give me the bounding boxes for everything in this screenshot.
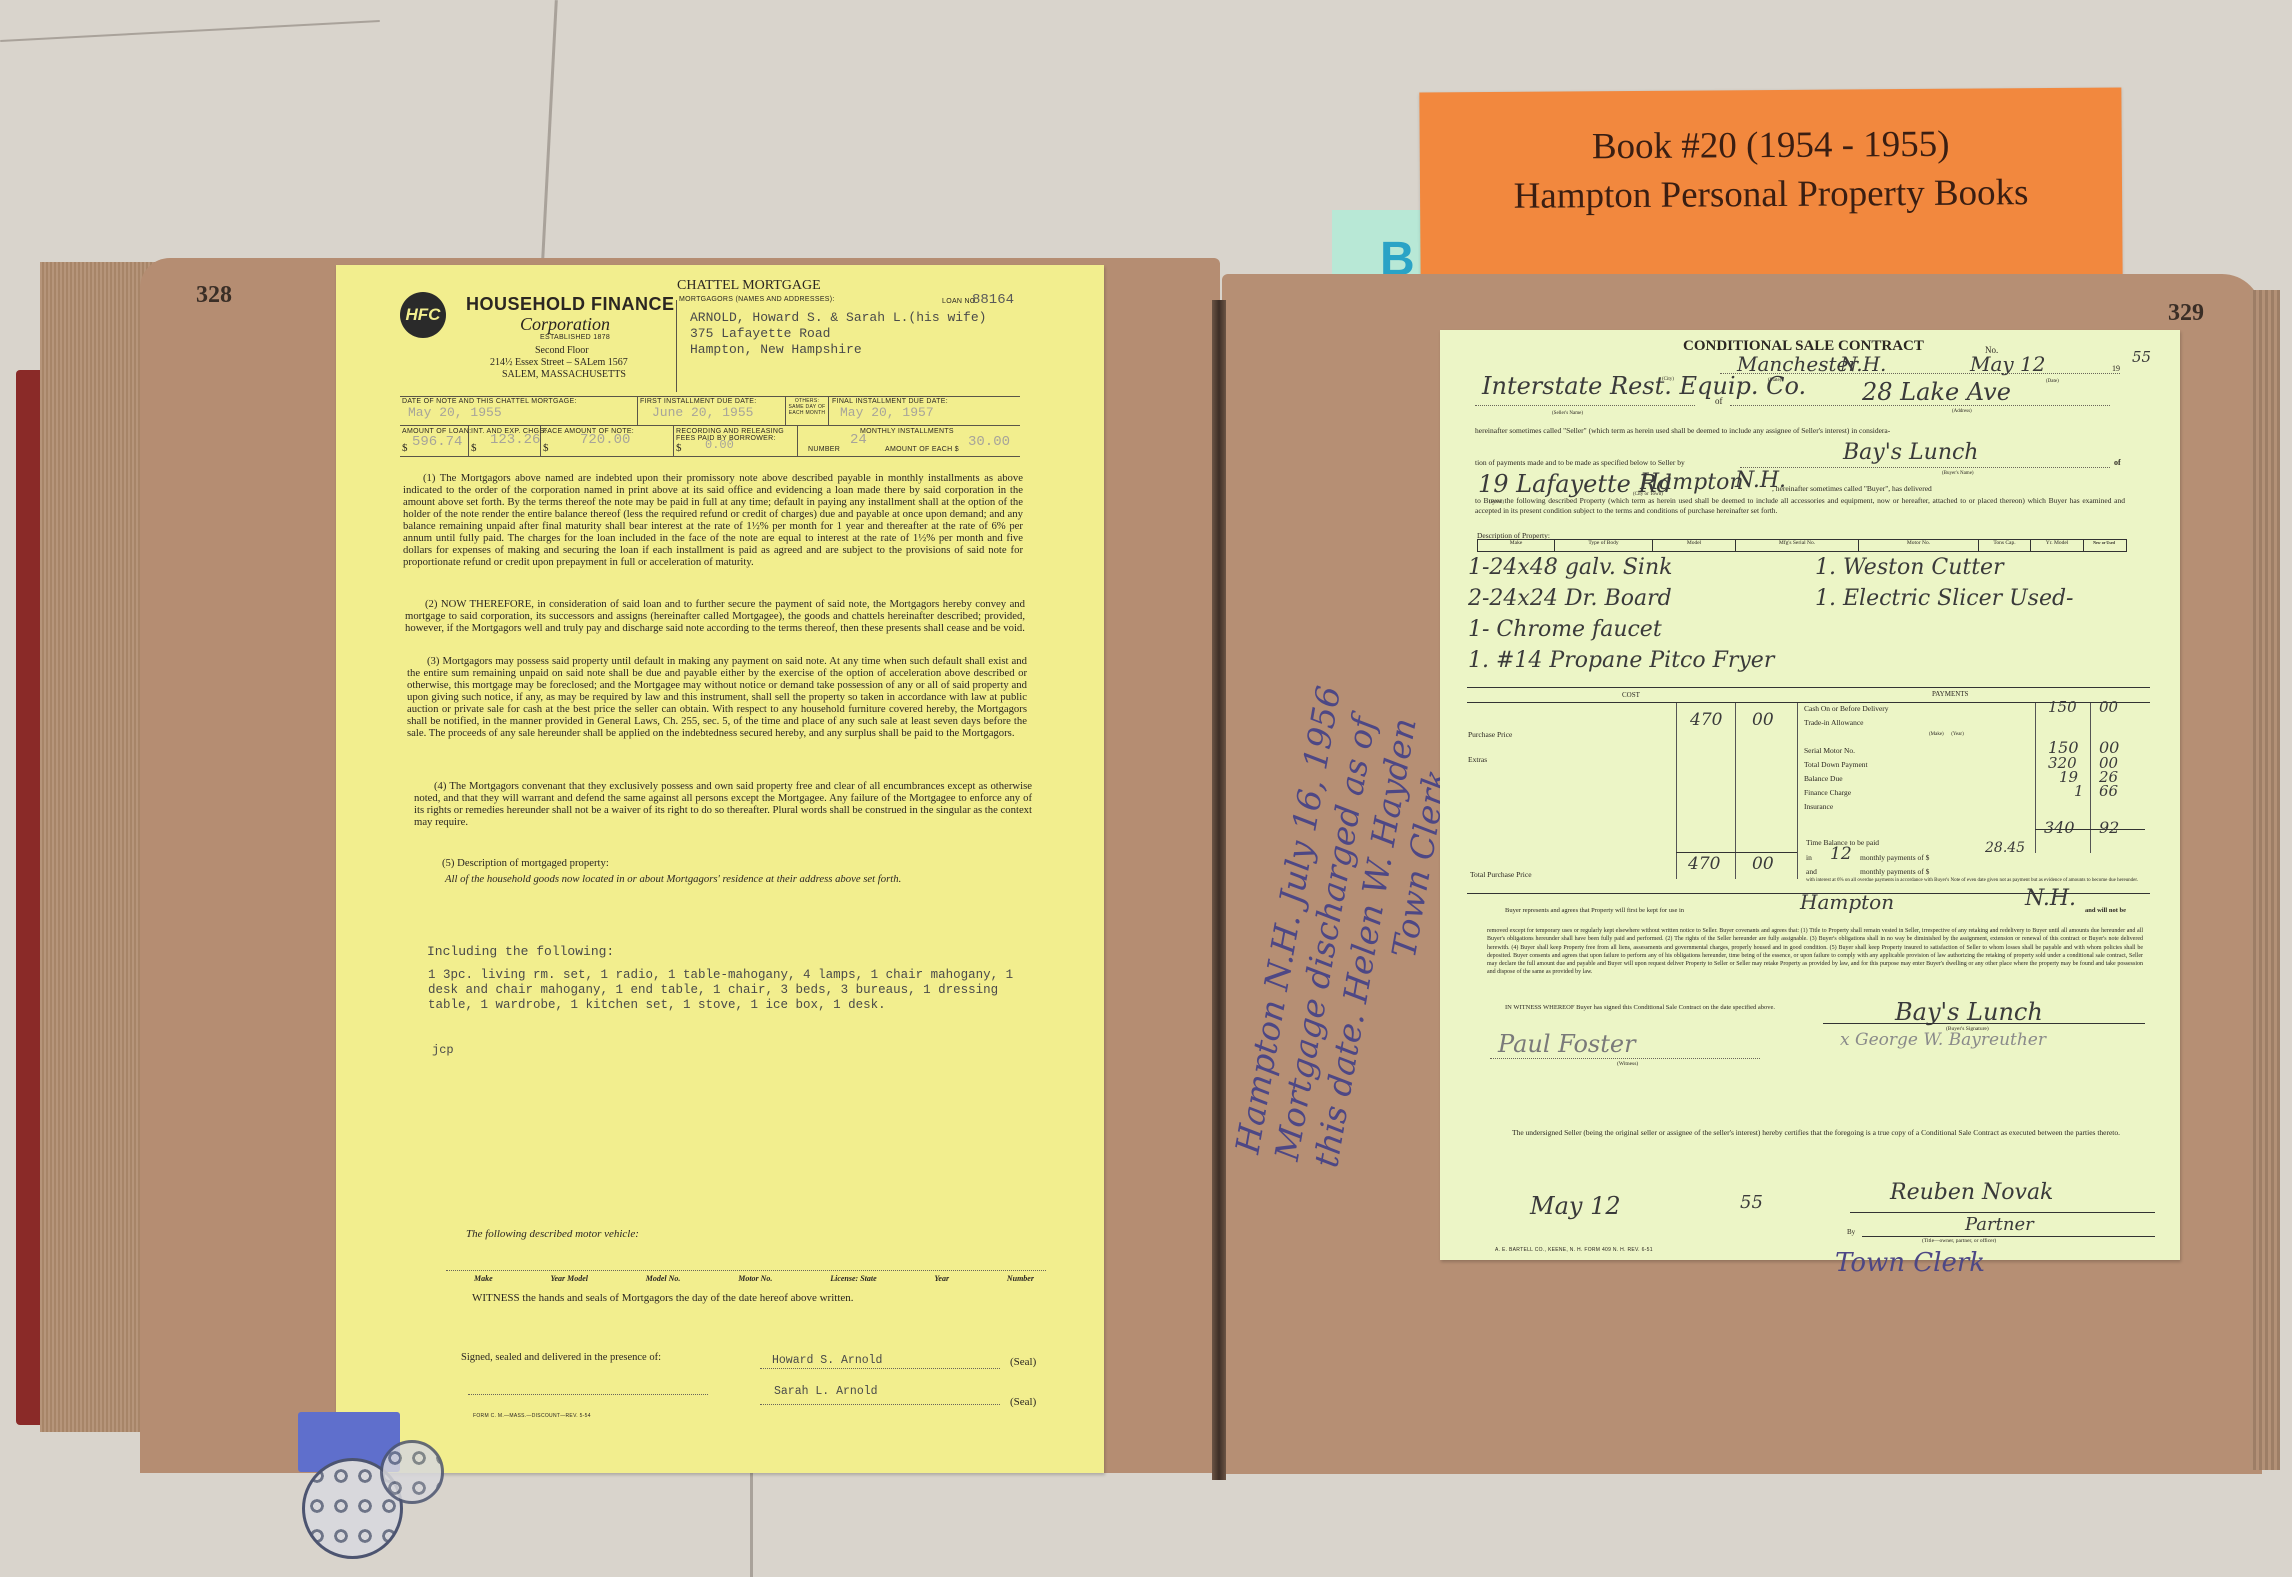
dollar-sign: $ [471,442,477,454]
property-item: 1. #14 Propane Pitco Fryer [1468,645,1774,676]
date-caption: (Date) [2046,379,2059,384]
purchase-price-label: Purchase Price [1468,730,1512,739]
recording-fees: 0.00 [705,438,734,452]
book-label-line2: Hampton Personal Property Books [1420,171,2122,219]
col-new-used: New or Used [2084,540,2124,551]
payment-label: Trade-in Allowance [1804,718,1864,727]
seller-address: 28 Lake Ave [1862,378,2011,406]
by-label: By [1847,1228,1855,1236]
contract-year: 55 [2132,348,2151,366]
vehicle-col-motor-no: Motor No. [738,1274,772,1283]
kept-tail: and will not be [2085,907,2126,914]
kept-text: Buyer represents and agrees that Propert… [1505,907,1684,914]
signature-line [1823,1023,2145,1024]
buyer-line [1740,467,2110,468]
kept-town: Hampton [1800,890,1894,914]
vehicle-col-year-model: Year Model [550,1274,588,1283]
table-seam [541,0,558,260]
signer-1: Howard S. Arnold [772,1354,882,1367]
seller-title: Partner [1965,1214,2034,1235]
recording-label: RECORDING AND RELEASING FEES PAID BY BOR… [676,428,794,442]
date-of-note: May 20, 1955 [408,405,502,420]
mortgage-paragraph-5-title: (5) Description of mortgaged property: [442,857,609,869]
amount-each: 30.00 [968,434,1010,450]
town-clerk-note: Town Clerk [1835,1248,1985,1278]
mortgage-paragraph-3: (3) Mortgagors may possess said property… [407,655,1027,739]
payment-cents: 00 [2099,698,2118,716]
payment-label: Total Down Payment [1804,760,1868,769]
witness-line [468,1394,708,1395]
signer-2: Sarah L. Arnold [774,1385,878,1398]
book-label-line1: Book #20 (1954 - 1955) [1420,122,2122,170]
mortgagors-label: MORTGAGORS (NAMES AND ADDRESSES): [679,296,835,303]
mortgage-title: CHATTEL MORTGAGE [677,278,821,294]
property-list: 1 3pc. living rm. set, 1 radio, 1 table-… [428,968,1040,1013]
date-of-note-label: DATE OF NOTE AND THIS CHATTEL MORTGAGE: [402,398,577,405]
col-make: Make [1478,540,1555,551]
payment-cents: 92 [2099,818,2119,837]
table-seam [0,20,380,42]
cert-date: May 12 [1530,1192,1621,1220]
vehicle-col-make: Make [474,1274,493,1283]
buyer-name: Bay's Lunch [1843,440,1978,465]
monthly-installments-label: MONTHLY INSTALLMENTS [860,428,954,435]
dollar-sign: $ [543,442,549,454]
certify-text: The undersigned Seller (being the origin… [1494,1124,2154,1142]
buyer-caption: (Buyer's Name) [1942,471,1974,476]
witness-caption: (Witness) [1617,1061,1638,1067]
col-tons: Tons Cap. [1979,540,2031,551]
in-label: in [1806,853,1812,862]
page-number-left: 328 [196,282,232,309]
mortgage-paragraph-1: (1) The Mortgagors above named are indeb… [403,472,1023,568]
total-purchase-cents: 00 [1752,854,1774,874]
payment-label: Balance Due [1804,774,1843,783]
payment-dollars: 1 [2074,782,2084,800]
kept-state: N.H. [2025,886,2076,911]
monthly-amount: 28.45 [1985,840,2025,856]
payments-list: Cash On or Before Delivery15000 Trade-in… [1804,700,2144,834]
year-caption: (Year) [1951,732,1964,737]
property-item: 1. Weston Cutter [1815,552,2074,583]
make-caption: (Make) [1929,732,1944,737]
payments-header: PAYMENTS [1932,690,1968,698]
vehicle-col-number: Number [1007,1274,1034,1283]
rule [400,396,1020,397]
signature-line [1850,1212,2155,1213]
year-prefix: 19 [2112,364,2120,373]
and-label: and [1806,867,1817,876]
monthly-count: 12 [1830,844,1852,864]
witness-line [1490,1058,1760,1059]
installment-count: 24 [850,432,867,448]
payment-cents: 66 [2099,782,2118,800]
rule [1467,687,2150,688]
title-caption: (Title—owner, partner, or officer) [1922,1238,1996,1244]
property-items-left: 1-24x48 galv. Sink 2-24x24 Dr. Board 1- … [1468,552,1774,676]
company-established: ESTABLISHED 1878 [540,334,610,341]
company-address-2: 214½ Essex Street – SALem 1567 [490,357,628,368]
contract-state: N.H. [1840,352,1886,376]
contract-text-4: to Buyer the following described Propert… [1475,496,2125,515]
of-label: of [2114,458,2121,467]
extras-label: Extras [1468,755,1487,764]
col-model: Model [1653,540,1736,551]
divider [673,425,674,456]
payment-dollars: 150 [2048,698,2077,716]
final-due: May 20, 1957 [840,405,934,420]
total-purchase-dollars: 470 [1688,854,1720,874]
page-stack-right [2250,290,2280,1470]
payment-label: Finance Charge [1804,788,1851,797]
final-due-label: FINAL INSTALLMENT DUE DATE: [832,398,948,405]
company-address-3: SALEM, MASSACHUSETTS [502,369,626,380]
payment-dollars: 340 [2044,818,2075,837]
divider [797,425,798,456]
seller-line [1475,405,1695,406]
number-label: NUMBER [808,446,840,453]
amount-loan: 596.74 [412,434,462,450]
vehicle-columns: Make Year Model Model No. Motor No. Lice… [474,1274,1034,1283]
company-address-1: Second Floor [535,345,589,356]
property-item: 1. Electric Slicer Used- [1815,583,2074,614]
others-label: OTHERS: SAME DAY OF EACH MONTH [788,398,826,416]
rule [400,425,1020,426]
page-number-right: 329 [2168,300,2204,327]
mortgagor-street: 375 Lafayette Road [690,326,830,341]
company-name: HOUSEHOLD FINANCE [466,294,675,315]
int-chgs: 123.26 [490,432,540,448]
property-item: 1- Chrome faucet [1468,614,1774,645]
seal-2: (Seal) [1010,1396,1036,1408]
typist-initials: jcp [432,1043,454,1057]
mortgage-form-no: FORM C. M.—MASS.—DISCOUNT—REV. 5-54 [473,1413,591,1419]
divider [637,396,638,425]
address-caption: (Address) [1952,409,1972,414]
seller-name: Interstate Rest. Equip. Co. [1482,372,1806,400]
contract-text-1: hereinafter sometimes called "Seller" (w… [1475,426,1890,435]
contract-text-2: tion of payments made and to be made as … [1475,458,1685,467]
mortgagor-town: Hampton, New Hampshire [690,342,862,357]
amount-each-label: AMOUNT OF EACH $ [885,446,959,453]
vehicle-col-model-no: Model No. [646,1274,681,1283]
first-due-label: FIRST INSTALLMENT DUE DATE: [640,398,757,405]
including-label: Including the following: [427,944,614,959]
seller-caption: (Seller's Name) [1552,411,1583,416]
col-type-of-body: Type of Body [1555,540,1653,551]
contract-date: May 12 [1970,352,2046,376]
payment-label: Cash On or Before Delivery [1804,704,1889,713]
table-seam [750,1470,753,1577]
vehicle-line [446,1270,1046,1271]
book-gutter [1212,300,1226,1480]
monthly-label-2: monthly payments of $ [1860,867,1929,876]
first-due: June 20, 1955 [652,405,753,420]
hfc-logo-icon: HFC [400,292,446,338]
col-serial: Mfg's Serial No. [1736,540,1859,551]
signature-line [1862,1236,2155,1237]
contract-text-3: , hereinafter sometimes called "Buyer", … [1772,484,1932,493]
decorative-disc-icon [380,1440,444,1504]
purchase-price-cents: 00 [1752,710,1774,730]
motor-vehicle-label: The following described motor vehicle: [466,1228,639,1240]
divider [676,300,677,392]
dollar-sign: $ [402,442,408,454]
cost-header: COST [1622,691,1640,699]
witness-signature: Paul Foster [1498,1030,1636,1058]
of-label: of [1715,396,1723,406]
interest-note: with interest at 6% on all overdue payme… [1806,878,2146,884]
mortgagor-name: ARNOLD, Howard S. & Sarah L.(his wife) [690,310,986,325]
property-table-header: Make Type of Body Model Mfg's Serial No.… [1477,539,2127,552]
seller-signature: Reuben Novak [1890,1180,2053,1205]
signed-label: Signed, sealed and delivered in the pres… [461,1352,661,1363]
dollar-sign: $ [676,442,682,454]
vehicle-col-year: Year [934,1274,949,1283]
seal-1: (Seal) [1010,1356,1036,1368]
signature-line [760,1404,1000,1405]
payment-label: Insurance [1804,802,1833,811]
face-amount: 720.00 [580,432,630,448]
signature-line [760,1368,1000,1369]
monthly-label: monthly payments of $ [1860,853,1929,862]
witness-whereof: IN WITNESS WHEREOF Buyer has signed this… [1505,1004,1775,1011]
witness-text: WITNESS the hands and seals of Mortgagor… [472,1292,854,1304]
property-item: 1-24x48 galv. Sink [1468,552,1774,583]
mortgage-paragraph-5-text: All of the household goods now located i… [445,873,901,885]
contract-form-no: A. E. BARTELL CO., KEENE, N. H. FORM 409… [1495,1247,1653,1253]
divider [785,396,786,425]
rule [400,456,1020,457]
mortgage-paragraph-2: (2) NOW THEREFORE, in consideration of s… [405,598,1025,634]
property-item: 2-24x24 Dr. Board [1468,583,1774,614]
col-yr-model: Yr. Model [2031,540,2084,551]
contract-terms: removed except for temporary uses or reg… [1487,927,2143,977]
purchase-price-dollars: 470 [1690,710,1722,730]
buyer-signature: Bay's Lunch [1895,998,2043,1026]
buyer-signer: x George W. Bayreuther [1840,1030,2046,1050]
rule [2035,829,2145,830]
loan-no: 88164 [972,292,1014,308]
total-purchase-label: Total Purchase Price [1470,870,1532,879]
vehicle-col-license: License: State [830,1274,876,1283]
book-label: Book #20 (1954 - 1955) Hampton Personal … [1419,88,2122,283]
mortgage-paragraph-4: (4) The Mortgagors convenant that they e… [414,780,1032,828]
divider [1797,703,1798,879]
divider [828,396,829,425]
col-motor: Motor No. [1859,540,1979,551]
cert-year: 55 [1740,1192,1763,1213]
company-corporation: Corporation [520,314,610,335]
property-items-right: 1. Weston Cutter 1. Electric Slicer Used… [1815,552,2074,614]
payment-label: Serial Motor No. [1804,746,1855,755]
rule [1676,852,1797,853]
